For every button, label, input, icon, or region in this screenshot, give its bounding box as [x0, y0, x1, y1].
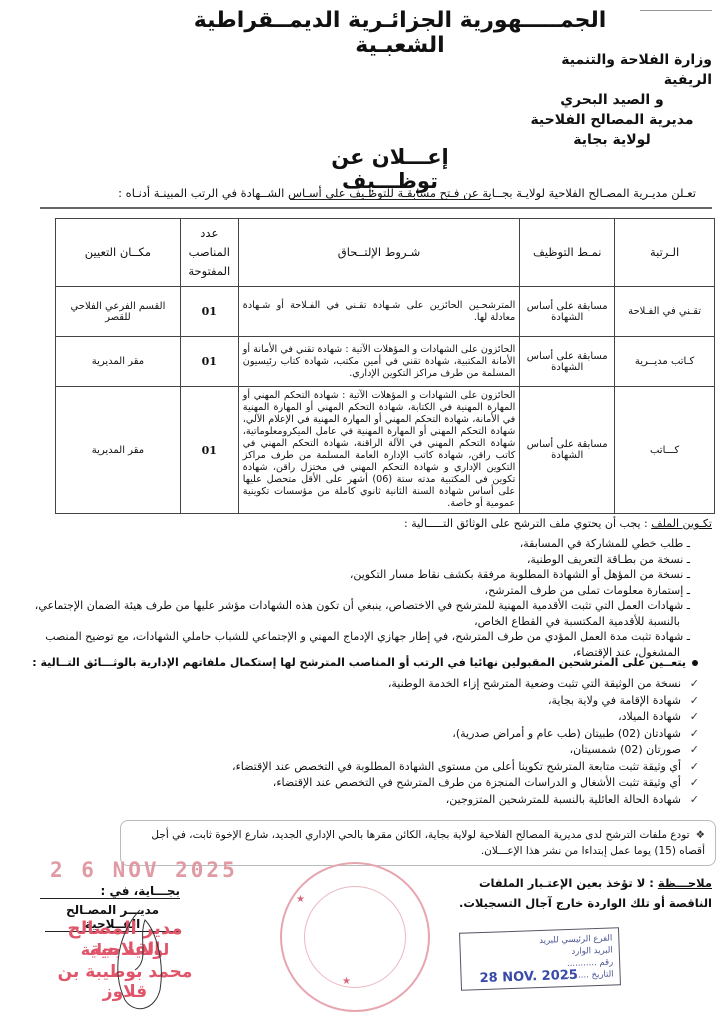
diamond-bullet-icon: ❖ [696, 829, 705, 841]
file-composition-label: تكـوين الملف [651, 517, 712, 530]
table-row: تقـني في الفـلاحة مسابقة على أساس الشهاد… [56, 287, 715, 337]
list-item-text: نسخة من الوثيقة التي تثبت وضعية المترشح … [388, 677, 681, 690]
list-item: ✓شهادة الإقامة في ولاية بجاية، [139, 693, 699, 710]
place-date-line: بجـــاية، في : [40, 884, 180, 899]
list-item: ✓صورتان (02) شمسيتان، [139, 742, 699, 759]
divider [40, 207, 712, 209]
deposit-notice-text: تودع ملفات الترشح لدى مديرية المصالح الف… [151, 829, 705, 857]
ministry-line: و الصيد البحري [512, 90, 712, 110]
top-rule [640, 10, 712, 11]
header-mode: نمـط التوظيف [520, 219, 615, 287]
checkmark-icon: ✓ [681, 775, 699, 792]
list-item-text: شهادة الميلاد، [618, 710, 681, 723]
received-stamp: الفرع الرئيسي للبريد البريد الوارد رقم .… [459, 927, 621, 991]
intro-text: تعـلن مديـرية المصـالح الفلاحية لولايـة … [46, 186, 696, 200]
cell-place: مقر المديرية [56, 337, 181, 387]
list-item: ✓نسخة من الوثيقة التي تثبت وضعية المترشح… [139, 676, 699, 693]
list-item-text: صورتان (02) شمسيتان، [570, 743, 681, 756]
bullet-icon [692, 660, 698, 666]
accepted-heading-text: يتعــين على المترشحين المقبولين نهائيا ف… [32, 656, 686, 669]
cell-positions: 01 [180, 387, 238, 514]
header-rank: الـرتبة [615, 219, 715, 287]
checkmark-icon: ✓ [681, 709, 699, 726]
star-icon: ★ [296, 894, 305, 905]
seal-inner-ring [304, 886, 406, 988]
list-item: ✓شهادتان (02) طبيتان (طب عام و أمراض صدر… [139, 726, 699, 743]
cell-rank: كـــاتب [615, 387, 715, 514]
ministry-line: مديرية المصالح الفلاحية [512, 110, 712, 130]
handwritten-signature-icon [100, 900, 170, 1020]
note-label: ملاحـــظة [658, 876, 712, 890]
cell-rank: تقـني في الفـلاحة [615, 287, 715, 337]
note: ملاحـــظة : لا تؤخذ بعين الإعتـبار الملف… [452, 873, 712, 913]
list-item: بالنسبة للأقدمية المكتسبة في القطاع الخا… [22, 614, 690, 630]
table-row: كـاتب مديــرية مسابقة على أساس الشهادة ا… [56, 337, 715, 387]
list-item: ـ شهادة تثبت مدة العمل المؤدي من طرف الم… [22, 629, 690, 645]
cell-conditions: الحائزون على الشهادات و المؤهلات الآتية … [238, 337, 519, 387]
required-documents-list: ـ طلب خطي للمشاركة في المسابقة، ـ نسخة م… [22, 536, 712, 660]
list-item: ✓أي وثيقة تثبت متابعة المترشح تكوينا أعل… [139, 759, 699, 776]
cell-mode: مسابقة على أساس الشهادة [520, 387, 615, 514]
checkmark-icon: ✓ [681, 759, 699, 776]
cell-conditions: المترشحـين الحائزين على شـهادة تقـني في … [238, 287, 519, 337]
list-item: ✓شهادة الحالة العائلية بالنسبة للمترشحين… [139, 792, 699, 809]
cell-positions: 01 [180, 287, 238, 337]
official-seal: ★ ★ [280, 862, 430, 1012]
date-stamp: 2 6 NOV 2025 [50, 858, 238, 882]
list-item-text: أي وثيقة تثبت الأشغال و الدراسات المنجزة… [273, 776, 681, 789]
header-positions: عدد المناصب المفتوحة [180, 219, 238, 287]
cell-mode: مسابقة على أساس الشهادة [520, 337, 615, 387]
list-item: ـ طلب خطي للمشاركة في المسابقة، [22, 536, 690, 552]
list-item: ـ إستمارة معلومات تملى من طرف المترشح، [22, 583, 690, 599]
star-icon: ★ [342, 976, 351, 987]
checkmark-icon: ✓ [681, 792, 699, 809]
list-item-text: شهادة الإقامة في ولاية بجاية، [548, 694, 681, 707]
cell-mode: مسابقة على أساس الشهادة [520, 287, 615, 337]
list-item: ✓أي وثيقة تثبت الأشغال و الدراسات المنجز… [139, 775, 699, 792]
checkmark-icon: ✓ [681, 693, 699, 710]
cell-rank: كـاتب مديــرية [615, 337, 715, 387]
list-item-text: شهادة الحالة العائلية بالنسبة للمترشحين … [446, 793, 681, 806]
checkmark-icon: ✓ [681, 742, 699, 759]
list-item-text: أي وثيقة تثبت متابعة المترشح تكوينا أعلى… [232, 760, 681, 773]
list-item: ـ شهادات العمل التي تثبت الأقدمية المهني… [22, 598, 690, 614]
file-composition-heading: تكـوين الملف : يجب أن يحتوي ملف الترشح ع… [22, 516, 712, 532]
table-header-row: الـرتبة نمـط التوظيف شـروط الإلتــحاق عد… [56, 219, 715, 287]
recruitment-table: الـرتبة نمـط التوظيف شـروط الإلتــحاق عد… [55, 218, 715, 514]
accepted-candidates-heading: يتعــين على المترشحين المقبولين نهائيا ف… [22, 655, 712, 671]
cell-positions: 01 [180, 337, 238, 387]
ministry-line: لولاية بجاية [512, 130, 712, 150]
checkmark-icon: ✓ [681, 726, 699, 743]
list-item-text: شهادتان (02) طبيتان (طب عام و أمراض صدري… [452, 727, 681, 740]
cell-conditions: الحائزون على الشهادات و المؤهلات الآتية … [238, 387, 519, 514]
list-item: ✓شهادة الميلاد، [139, 709, 699, 726]
cell-place: القسم الفرعي الفلاحي للقصر [56, 287, 181, 337]
file-composition-text: : يجب أن يحتوي ملف الترشح على الوثائق ال… [404, 517, 648, 530]
received-date: 28 NOV. 2025 [479, 970, 578, 985]
header-place: مكــان التعيين [56, 219, 181, 287]
checkmark-icon: ✓ [681, 676, 699, 693]
additional-documents-list: ✓نسخة من الوثيقة التي تثبت وضعية المترشح… [139, 676, 699, 808]
list-item: ـ نسخة من المؤهل أو الشهادة المطلوبة مرف… [22, 567, 690, 583]
header-conditions: شـروط الإلتــحاق [238, 219, 519, 287]
ministry-line: وزارة الفلاحة والتنمية الريفية [512, 50, 712, 90]
list-item: ـ نسخة من بطـاقة التعريف الوطنية، [22, 552, 690, 568]
cell-place: مقر المديرية [56, 387, 181, 514]
ministry-header: وزارة الفلاحة والتنمية الريفية و الصيد ا… [512, 50, 712, 150]
file-composition-section: تكـوين الملف : يجب أن يحتوي ملف الترشح ع… [22, 516, 712, 660]
table-row: كـــاتب مسابقة على أساس الشهادة الحائزون… [56, 387, 715, 514]
